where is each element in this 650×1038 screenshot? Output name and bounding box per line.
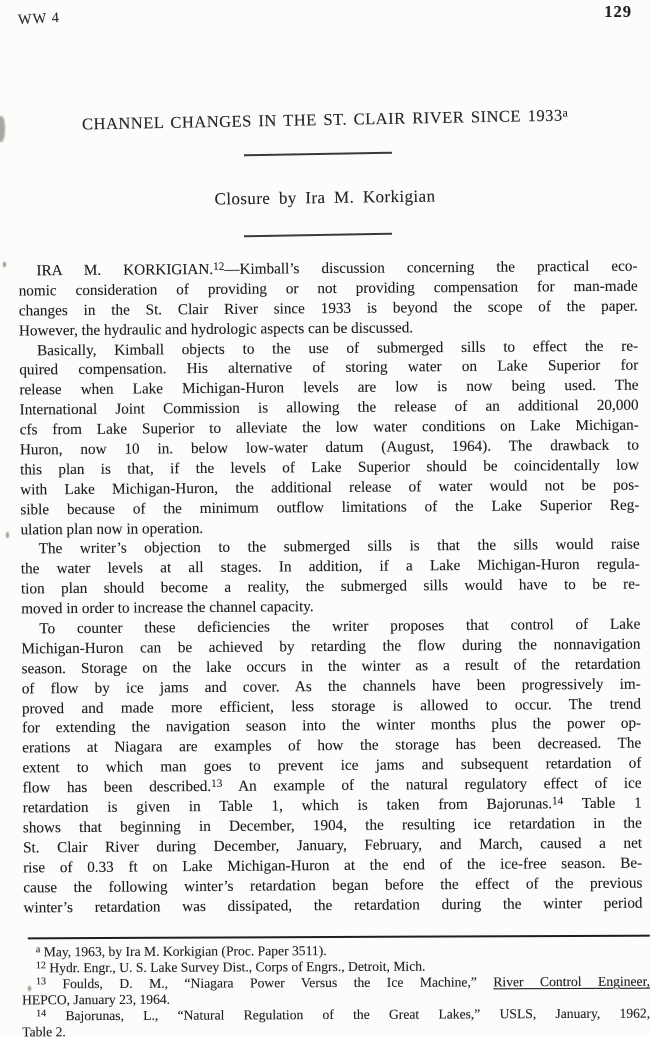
article-title: CHANNEL CHANGES IN THE ST. CLAIR RIVER S… <box>0 104 650 136</box>
document-page: WW 4 129 CHANNEL CHANGES IN THE ST. CLAI… <box>0 0 650 1038</box>
footnote-line: Table 2. <box>22 1022 650 1038</box>
paragraph: The writer’s objection to the submerged … <box>21 535 641 619</box>
scan-artifact <box>3 262 6 267</box>
paragraph: IRA M. KORKIGIAN.12—Kimball’s discussion… <box>18 257 638 341</box>
footnote-line: 14 Bajorunas, L., “Natural Regulation of… <box>22 1006 650 1025</box>
footnotes-list: a May, 1963, by Ira M. Korkigian (Proc. … <box>22 942 650 1038</box>
footnote-section: a May, 1963, by Ira M. Korkigian (Proc. … <box>22 935 650 1038</box>
text-line: winter’s retardation was dissipated, the… <box>23 893 642 918</box>
paragraph: Basically, Kimball objects to the use of… <box>19 336 640 540</box>
divider-rule <box>244 152 392 157</box>
journal-section-code: WW 4 <box>18 10 61 29</box>
article-body: IRA M. KORKIGIAN.12—Kimball’s discussion… <box>18 257 642 918</box>
footnote-line: 13 Foulds, D. M., “Niagara Power Versus … <box>22 974 650 993</box>
closure-byline: Closure by Ira M. Korkigian <box>0 183 650 212</box>
footnote-rule <box>28 935 650 940</box>
paragraph: To counter these deficiencies the writer… <box>21 615 642 918</box>
scan-artifact <box>6 532 9 538</box>
page-number: 129 <box>604 2 632 22</box>
divider-rule <box>244 233 392 238</box>
